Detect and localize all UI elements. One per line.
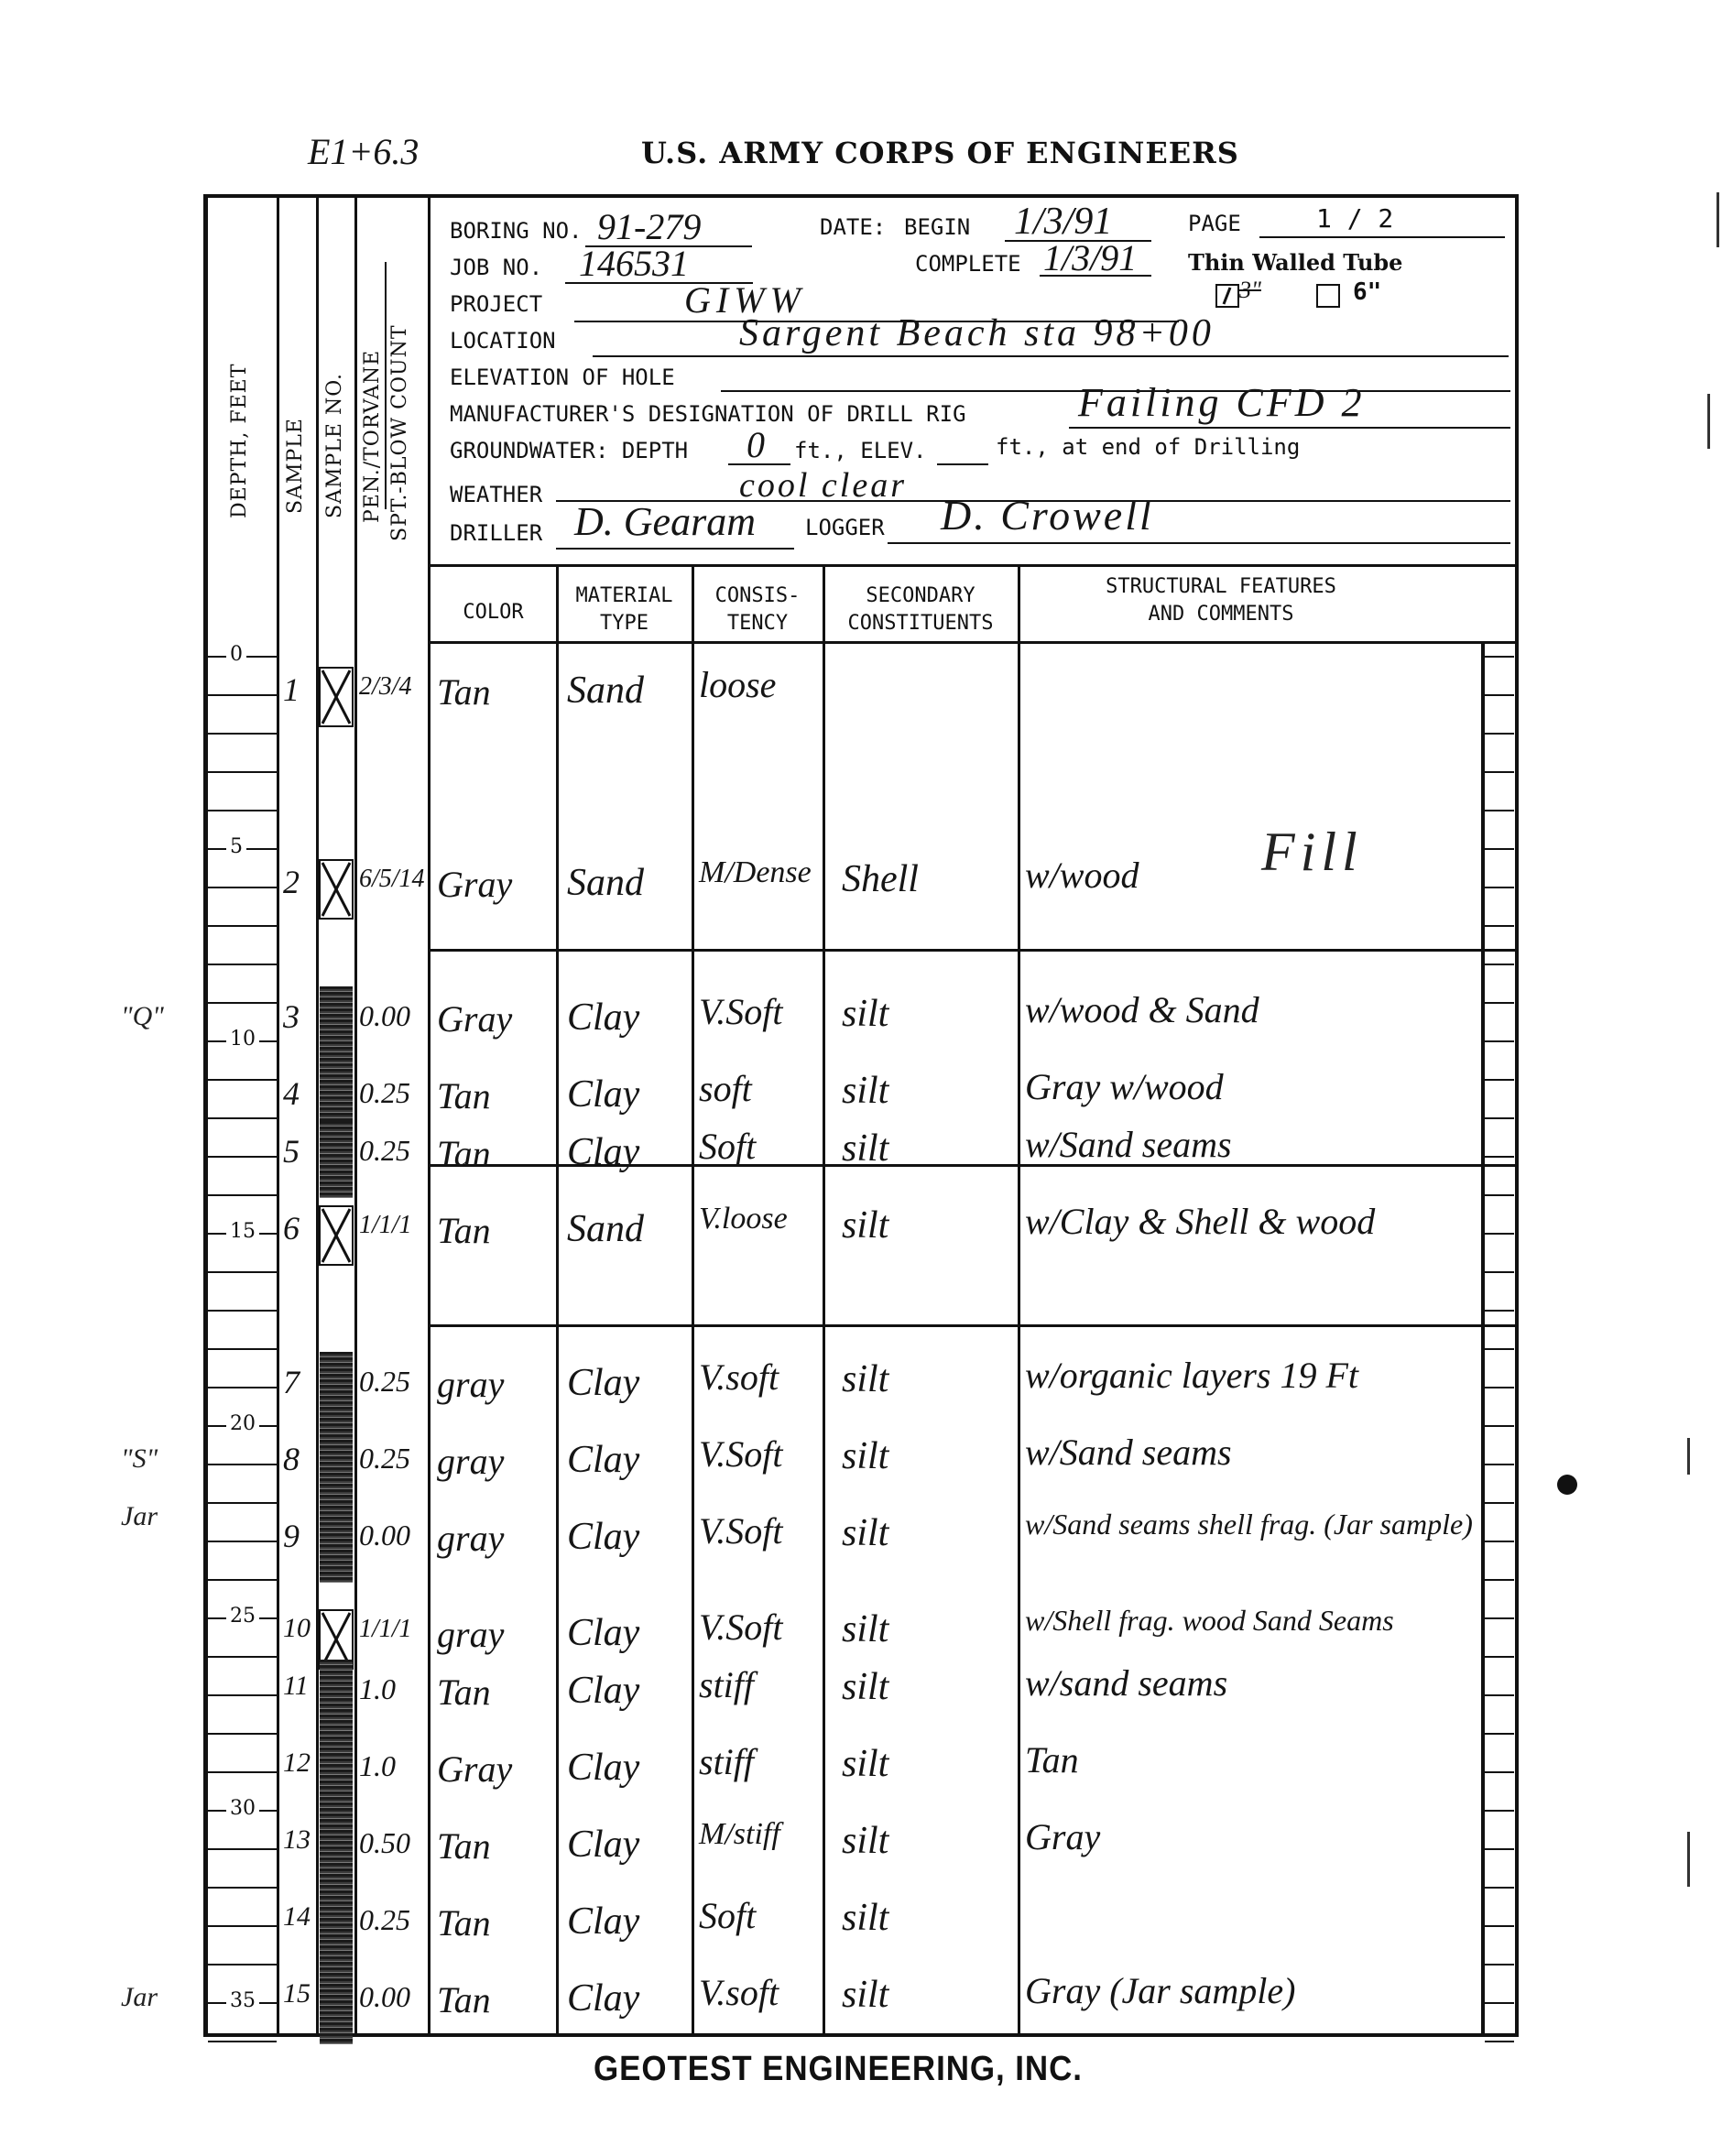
depth-tick [208,1310,277,1312]
depth-tick [208,1156,277,1158]
right-scale-tick [1485,1964,1514,1965]
blow-count: 0.25 [359,1365,410,1399]
blow-count: 0.25 [359,1442,410,1475]
scan-artifact [1707,394,1710,449]
blow-count: 1.0 [359,1749,396,1783]
consistency-value: V.Soft [699,1432,783,1475]
tube-3in-checkbox[interactable] [1215,284,1239,308]
secondary-value: silt [842,1357,888,1401]
x-sample-icon [321,861,352,918]
secondary-value: silt [842,1896,888,1940]
right-scale-tick [1485,2002,1514,2004]
weather-label: WEATHER [450,482,542,507]
color-value: Tan [437,1978,491,2021]
divider [1481,641,1485,2033]
material-value: Clay [567,1746,639,1790]
secondary-value: silt [842,1607,888,1651]
x-sample-icon [321,1207,352,1264]
depth-tick [208,1848,277,1850]
tube-sample-shading [320,1660,353,1737]
divider [692,564,694,2033]
right-scale-tick [1485,1541,1514,1542]
material-value: Clay [567,1976,639,2020]
document-reference: E1+6.3 [308,130,419,173]
blow-count: 0.00 [359,999,410,1033]
blow-count: 1/1/1 [359,1615,412,1644]
comments-value: w/wood & Sand [1025,988,1259,1031]
divider [354,198,357,2033]
secondary-value: silt [842,992,888,1036]
sample-number: 14 [283,1901,311,1933]
depth-tick [208,925,277,927]
scan-artifact [1687,1438,1690,1475]
comments-value: w/Clay & Shell & wood [1025,1200,1375,1243]
tube-6in-label: 6" [1353,278,1381,306]
groundwater-depth-value[interactable]: 0 [747,423,765,466]
material-value: Sand [567,669,644,713]
location-value[interactable]: Sargent Beach sta 98+00 [739,311,1215,355]
depth-tick [208,694,277,696]
tube-3in-label: 3" [1239,277,1261,304]
pen-torvane-header: PEN./TORVANE [361,350,384,523]
column-header-material: MATERIALTYPE [558,583,691,637]
tube-sample-shading [320,1121,353,1198]
color-value: Tan [437,1132,491,1175]
spt-blow-count-header: SPT.-BLOW COUNT [388,325,411,542]
right-scale-tick [1485,1348,1514,1350]
boring-log-form: DEPTH, FEET SAMPLE SAMPLE NO. PEN./TORVA… [203,194,1519,2037]
color-value: Gray [437,1748,512,1791]
driller-label: DRILLER [450,520,542,546]
comments-value: w/sand seams [1025,1661,1227,1704]
right-scale-tick [1485,1425,1514,1427]
scan-artifact [1687,1832,1690,1887]
sample-number: 5 [283,1132,300,1171]
begin-label: BEGIN [904,214,970,240]
comments-value: Tan [1025,1738,1079,1781]
layer-boundary [428,1324,1515,1327]
right-scale-tick [1485,1925,1514,1927]
sample-number: 9 [283,1517,300,1555]
logger-label: LOGGER [805,515,885,540]
depth-tick [208,1194,277,1196]
secondary-value: silt [842,1665,888,1709]
sample-number: 3 [283,997,300,1036]
tube-sample-shading [320,1813,353,1890]
elevation-label: ELEVATION OF HOLE [450,365,675,390]
right-scale-tick [1485,1848,1514,1850]
depth-label: 20 [226,1412,259,1435]
margin-note: "S" [121,1443,158,1475]
divider [428,198,430,2033]
depth-tick [208,1733,277,1735]
sample-number: 6 [283,1209,300,1247]
right-scale-tick [1485,887,1514,888]
page-title: U.S. ARMY CORPS OF ENGINEERS [641,136,1239,170]
tube-sample-shading [320,1352,353,1429]
depth-tick [208,964,277,965]
depth-tick [208,1464,277,1465]
sample-number: 2 [283,863,300,901]
material-value: Clay [567,1073,639,1116]
blow-count: 1.0 [359,1672,396,1706]
color-value: Gray [437,863,512,906]
color-value: gray [437,1363,504,1406]
right-scale-tick [1485,656,1514,658]
depth-label: 10 [226,1028,259,1051]
drill-rig-label: MANUFACTURER'S DESIGNATION OF DRILL RIG [450,401,966,427]
blow-count: 2/3/4 [359,672,412,702]
comments-value: Gray [1025,1815,1100,1858]
divider [277,198,279,2033]
color-value: Tan [437,1901,491,1944]
comments-value: Gray (Jar sample) [1025,1969,1296,2012]
consistency-value: loose [699,663,776,706]
right-scale-tick [1485,1271,1514,1273]
tube-sample-shading [320,986,353,1063]
consistency-value: stiff [699,1663,754,1706]
consistency-value: V.Soft [699,1606,783,1649]
consistency-value: M/Dense [699,855,812,890]
sample-number: 7 [283,1363,300,1401]
margin-note: Jar [121,1982,158,2013]
right-scale-tick [1485,1464,1514,1465]
right-scale-tick [1485,1733,1514,1735]
column-header-consistency: CONSIS-TENCY [693,583,822,637]
consistency-value: soft [699,1067,752,1110]
depth-tick [208,733,277,735]
comments-value: w/Sand seams [1025,1431,1232,1474]
layer-boundary [428,949,1515,952]
right-scale-tick [1485,771,1514,773]
depth-tick [208,1541,277,1542]
consistency-value: V.soft [699,1356,779,1399]
depth-label: 30 [226,1797,259,1820]
depth-tick [208,1656,277,1658]
consistency-value: Soft [699,1894,756,1937]
consistency-value: V.Soft [699,990,783,1033]
spt-sample-marker [319,859,354,920]
depth-tick [208,1502,277,1504]
depth-tick [208,1387,277,1388]
right-scale-tick [1485,925,1514,927]
depth-tick [208,887,277,888]
right-scale-tick [1485,1502,1514,1504]
depth-tick [208,1579,277,1581]
depth-tick [208,1964,277,1965]
right-scale-tick [1485,1617,1514,1619]
project-label: PROJECT [450,291,542,317]
right-scale-tick [1485,1887,1514,1889]
right-scale-tick [1485,2041,1514,2042]
spt-sample-marker [319,667,354,727]
color-value: Tan [437,1209,491,1252]
x-sample-icon [321,669,352,725]
material-value: Clay [567,1611,639,1655]
material-value: Clay [567,1515,639,1559]
company-footer: GEOTEST ENGINEERING, INC. [594,2050,1083,2089]
blow-count: 0.00 [359,1519,410,1552]
consistency-value: V.Soft [699,1509,783,1552]
right-scale-tick [1485,1079,1514,1081]
right-scale-tick [1485,1233,1514,1235]
sample-number: 12 [283,1748,311,1779]
date-label: DATE: [820,214,886,240]
material-value: Sand [567,861,644,905]
right-scale-tick [1485,1156,1514,1158]
divider [556,564,559,2033]
depth-tick [208,1079,277,1081]
groundwater-label: GROUNDWATER: DEPTH [450,438,688,463]
comments-value: w/Sand seams shell frag. (Jar sample) [1025,1508,1473,1541]
sample-number: 15 [283,1978,311,2009]
color-value: Tan [437,1824,491,1867]
blow-count: 0.25 [359,1134,410,1168]
depth-tick [208,1348,277,1350]
drill-rig-value[interactable]: Failing CFD 2 [1078,379,1366,426]
secondary-value: silt [842,1511,888,1555]
color-value: gray [437,1613,504,1656]
right-scale-tick [1485,1694,1514,1696]
job-no-value[interactable]: 146531 [579,242,689,285]
blow-count: 1/1/1 [359,1211,412,1240]
right-scale-tick [1485,1194,1514,1196]
ft-end-drilling-label: ft., at end of Drilling [996,434,1300,460]
header-fraction-line [385,262,387,509]
depth-label: 5 [226,835,246,858]
blow-count: 0.00 [359,1980,410,2014]
tube-sample-shading [320,1506,353,1583]
scan-artifact [1717,192,1719,247]
sample-number: 13 [283,1824,311,1856]
consistency-value: stiff [699,1740,754,1783]
divider [428,641,1515,644]
consistency-value: Soft [699,1125,756,1168]
driller-value[interactable]: D. Gearam [574,498,756,545]
material-value: Clay [567,1438,639,1482]
weather-value[interactable]: cool clear [739,465,907,506]
ft-elev-label: ft., ELEV. [794,438,927,463]
sample-number: 10 [283,1613,311,1644]
consistency-value: V.loose [699,1202,788,1236]
check-mark-icon [1217,286,1237,306]
tube-sample-shading [320,1890,353,1967]
material-value: Clay [567,996,639,1040]
material-value: Clay [567,1361,639,1405]
sample-number: 11 [283,1671,309,1702]
depth-tick [208,1887,277,1889]
depth-tick [208,771,277,773]
color-value: gray [437,1440,504,1483]
sample-header: SAMPLE [284,418,307,514]
material-value: Sand [567,1207,644,1251]
sample-number: 4 [283,1074,300,1113]
tube-sample-shading [320,1737,353,1813]
color-value: Gray [437,997,512,1040]
location-label: LOCATION [450,328,556,354]
right-scale-tick [1485,848,1514,850]
secondary-value: silt [842,1127,888,1171]
depth-tick [208,1002,277,1004]
secondary-value: silt [842,1203,888,1247]
secondary-value: silt [842,1819,888,1863]
material-value: Clay [567,1130,639,1174]
material-value: Clay [567,1823,639,1867]
divider [428,564,1515,567]
blow-count: 0.25 [359,1903,410,1937]
depth-label: 25 [226,1605,259,1628]
blow-count: 0.25 [359,1076,410,1110]
right-scale-tick [1485,1579,1514,1581]
depth-feet-header: DEPTH, FEET [228,364,251,518]
divider [316,198,319,2033]
right-scale-tick [1485,964,1514,965]
color-value: Tan [437,1074,491,1117]
divider [823,564,825,2033]
column-header-color: COLOR [431,599,555,626]
tube-6in-checkbox[interactable] [1316,284,1340,308]
sample-number: 8 [283,1440,300,1478]
boring-no-label: BORING NO. [450,218,583,244]
consistency-value: V.soft [699,1971,779,2014]
right-scale-tick [1485,1771,1514,1773]
depth-label: 35 [226,1989,259,2012]
material-value: Clay [567,1900,639,1944]
right-scale-tick [1485,1310,1514,1312]
depth-tick [208,1117,277,1119]
blow-count: 6/5/14 [359,865,425,894]
secondary-value: silt [842,1973,888,2017]
secondary-value: silt [842,1434,888,1478]
color-value: gray [437,1517,504,1560]
depth-tick [208,1925,277,1927]
comments-value: w/Sand seams [1025,1123,1232,1166]
consistency-value: M/stiff [699,1817,780,1852]
depth-label: 15 [226,1220,259,1243]
material-value: Clay [567,1669,639,1713]
margin-note: Jar [121,1501,158,1532]
page-value: 1 / 2 [1316,203,1393,234]
depth-label: 0 [226,643,246,666]
complete-date-value[interactable]: 1/3/91 [1043,236,1137,279]
tube-sample-shading [320,1967,353,2044]
blow-count: 0.50 [359,1826,410,1860]
sample-no-header: SAMPLE NO. [323,373,346,518]
complete-label: COMPLETE [915,251,1021,277]
right-scale-tick [1485,694,1514,696]
comments-value: w/Shell frag. wood Sand Seams [1025,1604,1394,1638]
depth-tick [208,1271,277,1273]
logger-value[interactable]: D. Crowell [941,491,1154,539]
spt-sample-marker [319,1205,354,1266]
right-scale-tick [1485,1040,1514,1042]
secondary-value: silt [842,1069,888,1113]
depth-tick [208,810,277,811]
right-scale-tick [1485,733,1514,735]
secondary-value: Shell [842,857,919,901]
depth-tick [208,2041,277,2042]
fill-note: Fill [1261,821,1363,884]
depth-tick [208,1694,277,1696]
scan-artifact [1557,1475,1577,1495]
right-scale-tick [1485,1117,1514,1119]
thin-walled-tube-label: Thin Walled Tube [1188,249,1402,276]
comments-value: w/wood [1025,854,1139,897]
comments-value: Gray w/wood [1025,1065,1224,1108]
divider [1018,564,1020,2033]
right-scale-tick [1485,810,1514,811]
right-scale-tick [1485,1810,1514,1812]
color-value: Tan [437,1671,491,1714]
secondary-value: silt [842,1742,888,1786]
right-scale-tick [1485,1002,1514,1004]
depth-tick [208,1771,277,1773]
sample-number: 1 [283,670,300,709]
right-scale-tick [1485,1387,1514,1388]
page-label: PAGE [1188,211,1241,236]
margin-note: "Q" [121,1001,164,1032]
right-scale-tick [1485,1656,1514,1658]
color-value: Tan [437,670,491,713]
tube-sample-shading [320,1429,353,1506]
column-header-secondary: SECONDARYCONSTITUENTS [824,583,1017,637]
job-no-label: JOB NO. [450,255,542,280]
comments-value: w/organic layers 19 Ft [1025,1354,1358,1397]
column-header-structural: STRUCTURAL FEATURESAND COMMENTS [1019,573,1422,628]
